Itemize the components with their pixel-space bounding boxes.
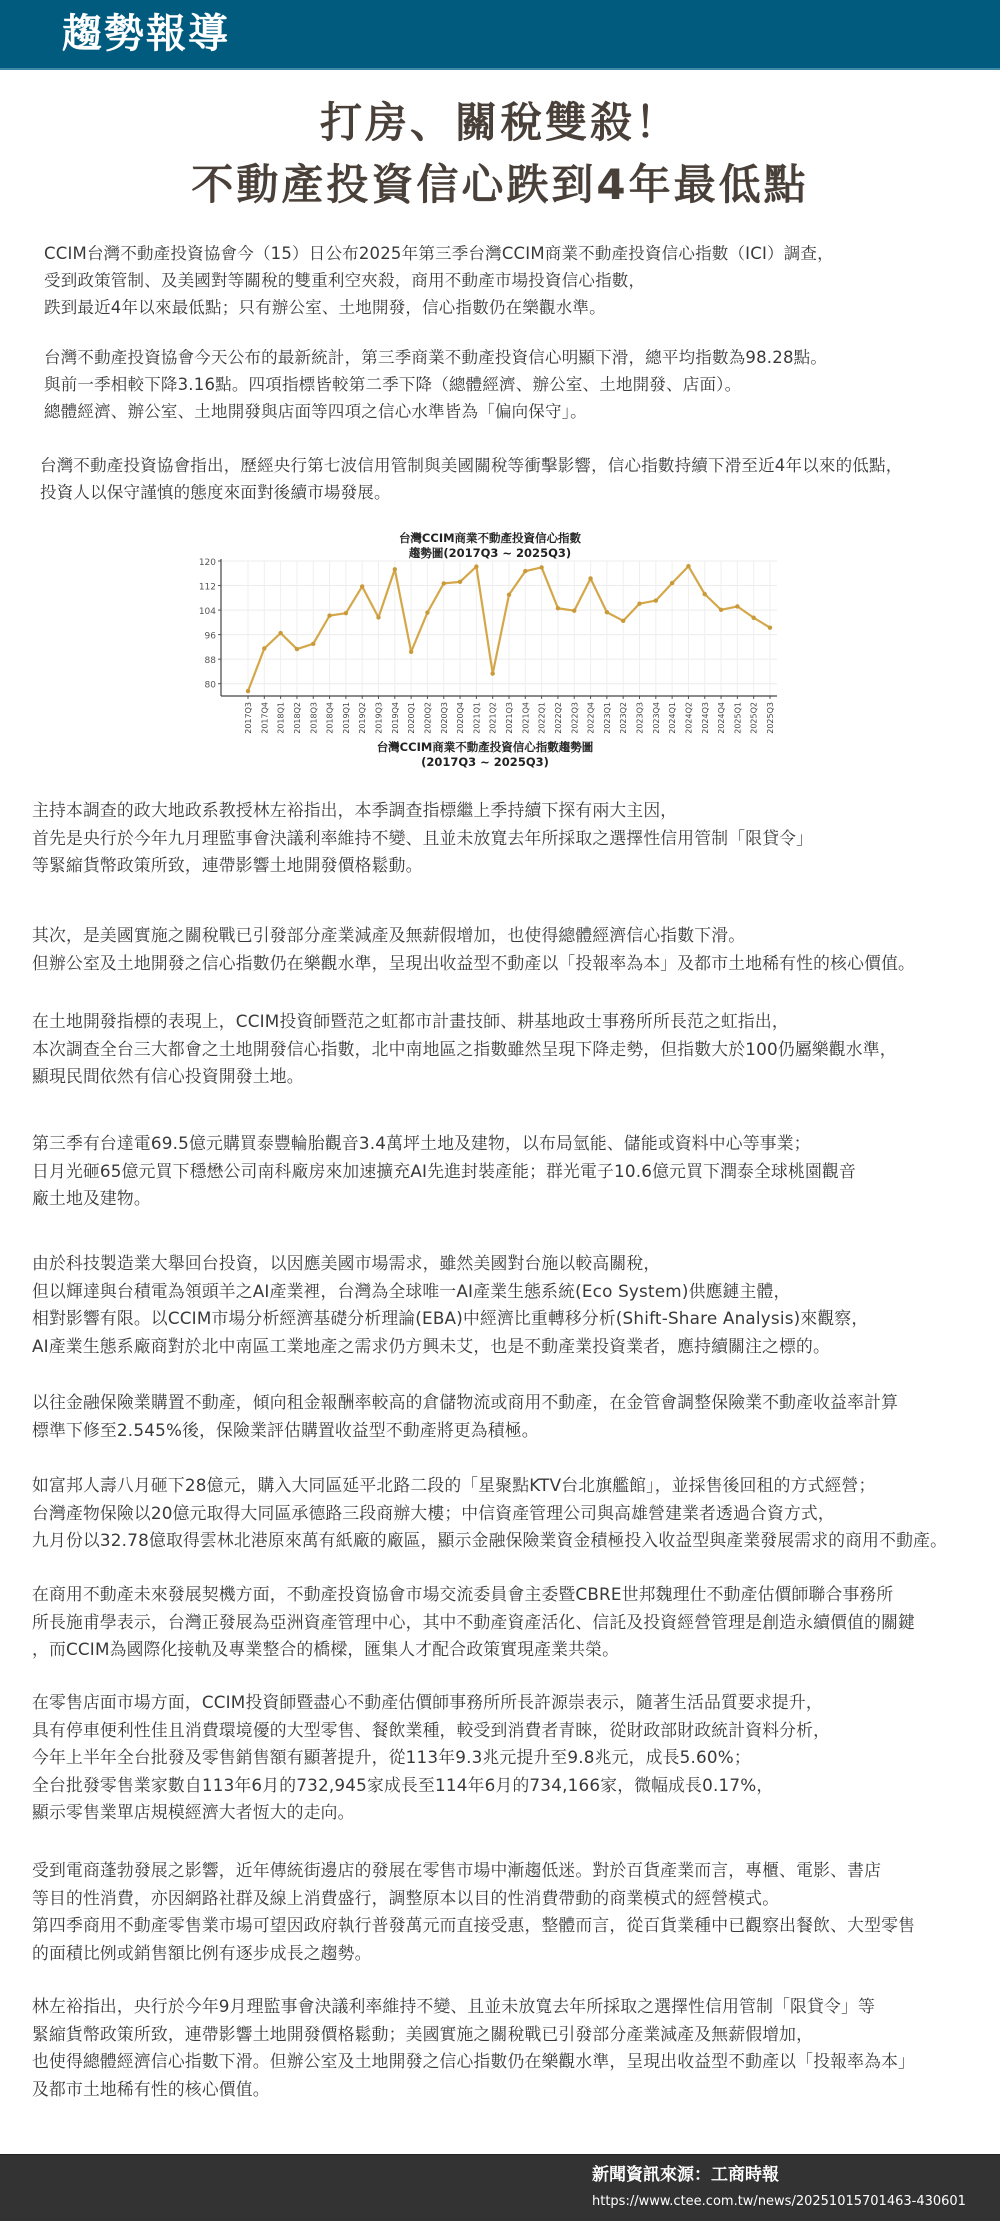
svg-text:2019Q4: 2019Q4 bbox=[391, 702, 400, 734]
svg-text:2019Q2: 2019Q2 bbox=[358, 702, 367, 734]
body-paragraph-5: 由於科技製造業大舉回台投資，以因應美國市場需求，雖然美國對台施以較高關稅， 但以… bbox=[32, 1250, 868, 1360]
svg-text:2024Q4: 2024Q4 bbox=[717, 702, 726, 734]
source-url[interactable]: https://www.ctee.com.tw/news/20251015701… bbox=[592, 2193, 966, 2211]
section-header-bar: 趨勢報導 bbox=[0, 0, 1000, 70]
svg-text:2024Q1: 2024Q1 bbox=[668, 702, 677, 734]
chart-title: 台灣CCIM商業不動產投資信心指數趨勢圖(2017Q3 ~ 2025Q3) bbox=[365, 531, 615, 561]
body-paragraph-10: 受到電商蓬勃發展之影響，近年傳統街邊店的發展在零售市場中漸趨低迷。對於百貨產業而… bbox=[32, 1857, 915, 1967]
svg-text:2023Q1: 2023Q1 bbox=[603, 702, 612, 734]
svg-text:2023Q3: 2023Q3 bbox=[636, 702, 645, 734]
svg-text:96: 96 bbox=[205, 632, 217, 642]
svg-text:2018Q1: 2018Q1 bbox=[277, 702, 286, 734]
svg-text:2023Q2: 2023Q2 bbox=[619, 702, 628, 734]
svg-text:2022Q1: 2022Q1 bbox=[538, 702, 547, 734]
svg-text:2024Q3: 2024Q3 bbox=[701, 702, 710, 734]
chart-caption: 台灣CCIM商業不動產投資信心指數趨勢圖(2017Q3 ~ 2025Q3) bbox=[345, 740, 625, 770]
svg-text:104: 104 bbox=[199, 607, 216, 617]
body-paragraph-2: 其次，是美國實施之關稅戰已引發部分產業減產及無薪假增加，也使得總體經濟信心指數下… bbox=[32, 922, 915, 977]
svg-text:88: 88 bbox=[205, 656, 217, 666]
svg-text:2022Q4: 2022Q4 bbox=[587, 702, 596, 734]
body-paragraph-3: 在土地開發指標的表現上，CCIM投資師暨范之虹都市計畫技師、耕基地政士事務所所長… bbox=[32, 1008, 897, 1091]
news-source-label: 新聞資訊來源：工商時報 bbox=[592, 2164, 779, 2186]
line-chart-canvas: 8088961041121202017Q32017Q42018Q12018Q22… bbox=[165, 528, 790, 773]
article-headline: 打房、關稅雙殺！ 不動產投資信心跌到4年最低點 bbox=[0, 92, 1000, 216]
svg-text:2020Q2: 2020Q2 bbox=[423, 702, 432, 734]
svg-text:2020Q4: 2020Q4 bbox=[456, 702, 465, 734]
svg-text:2018Q4: 2018Q4 bbox=[326, 702, 335, 734]
svg-text:2020Q1: 2020Q1 bbox=[407, 702, 416, 734]
intro-paragraph-2: 台灣不動產投資協會今天公布的最新統計，第三季商業不動產投資信心明顯下滑，總平均指… bbox=[44, 344, 827, 425]
svg-text:2021Q2: 2021Q2 bbox=[489, 702, 498, 734]
svg-text:2018Q3: 2018Q3 bbox=[309, 702, 318, 734]
svg-text:2021Q1: 2021Q1 bbox=[472, 702, 481, 734]
svg-text:2025Q3: 2025Q3 bbox=[766, 702, 775, 734]
svg-text:2019Q3: 2019Q3 bbox=[375, 702, 384, 734]
svg-text:80: 80 bbox=[205, 681, 217, 691]
body-paragraph-9: 在零售店面市場方面，CCIM投資師暨盡心不動產估價師事務所所長許源崇表示，隨著生… bbox=[32, 1689, 830, 1827]
svg-text:2020Q3: 2020Q3 bbox=[440, 702, 449, 734]
body-paragraph-4: 第三季有台達電69.5億元購買泰豐輪胎觀音3.4萬坪土地及建物，以布局氫能、儲能… bbox=[32, 1130, 856, 1213]
body-paragraph-8: 在商用不動產未來發展契機方面，不動產投資協會市場交流委員會主委暨CBRE世邦魏理… bbox=[32, 1581, 915, 1664]
svg-text:112: 112 bbox=[199, 583, 216, 593]
svg-text:2021Q4: 2021Q4 bbox=[521, 702, 530, 734]
svg-text:2019Q1: 2019Q1 bbox=[342, 702, 351, 734]
svg-text:2025Q1: 2025Q1 bbox=[733, 702, 742, 734]
svg-text:2022Q2: 2022Q2 bbox=[554, 702, 563, 734]
svg-text:120: 120 bbox=[199, 558, 216, 568]
intro-paragraph-1: CCIM台灣不動產投資協會今（15）日公布2025年第三季台灣CCIM商業不動產… bbox=[44, 240, 834, 321]
svg-text:2023Q4: 2023Q4 bbox=[652, 702, 661, 734]
section-label: 趨勢報導 bbox=[62, 9, 230, 59]
headline-line-1: 打房、關稅雙殺！ bbox=[0, 92, 1000, 154]
intro-paragraph-3: 台灣不動產投資協會指出，歷經央行第七波信用管制與美國關稅等衝擊影響，信心指數持續… bbox=[40, 452, 902, 506]
body-paragraph-7: 如富邦人壽八月砸下28億元，購入大同區延平北路二段的「星聚點KTV台北旗艦館」，… bbox=[32, 1472, 947, 1555]
body-paragraph-11: 林左裕指出，央行於今年9月理監事會決議利率維持不變、且並未放寬去年所採取之選擇性… bbox=[32, 1993, 915, 2103]
svg-text:2024Q2: 2024Q2 bbox=[684, 702, 693, 734]
svg-text:2025Q2: 2025Q2 bbox=[750, 702, 759, 734]
svg-text:2018Q2: 2018Q2 bbox=[293, 702, 302, 734]
svg-text:2017Q4: 2017Q4 bbox=[260, 702, 269, 734]
svg-text:2022Q3: 2022Q3 bbox=[570, 702, 579, 734]
svg-text:2021Q3: 2021Q3 bbox=[505, 702, 514, 734]
ici-trend-chart: 8088961041121202017Q32017Q42018Q12018Q22… bbox=[165, 528, 790, 773]
body-paragraph-1: 主持本調查的政大地政系教授林左裕指出，本季調查指標繼上季持續下探有兩大主因， 首… bbox=[32, 797, 813, 880]
source-footer: 新聞資訊來源：工商時報 https://www.ctee.com.tw/news… bbox=[0, 2154, 1000, 2221]
svg-text:2017Q3: 2017Q3 bbox=[244, 702, 253, 734]
headline-line-2: 不動產投資信心跌到4年最低點 bbox=[0, 154, 1000, 216]
body-paragraph-6: 以往金融保險業購置不動產，傾向租金報酬率較高的倉儲物流或商用不動產，在金管會調整… bbox=[32, 1389, 898, 1444]
